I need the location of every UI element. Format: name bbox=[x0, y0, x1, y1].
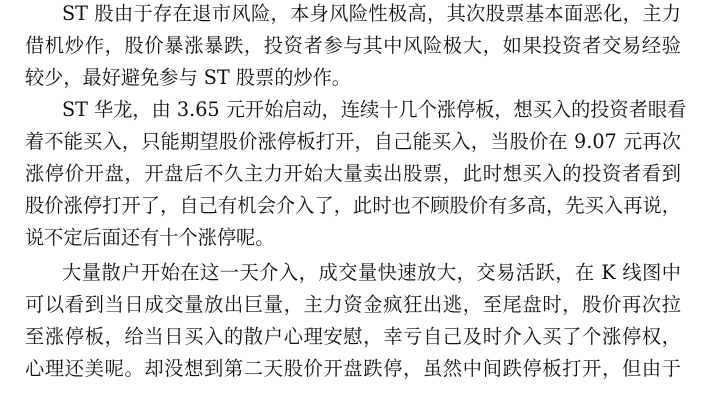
paragraph-st-stock-risk: ST 股由于存在退市风险，本身风险性极高，其次股票基本面恶化，主力 借机炒作，股… bbox=[25, 0, 681, 94]
text-line: 着不能买入，只能期望股价涨停板打开，自己能买入，当股价在 9.07 元再次 bbox=[25, 126, 681, 158]
text-line: 大量散户开始在这一天介入，成交量快速放大，交易活跃，在 K 线图中 bbox=[25, 257, 681, 289]
text-line: 股价涨停打开了，自己有机会介入了，此时也不顾股价有多高，先买入再说， bbox=[25, 190, 681, 222]
text-line: 心理还美呢。却没想到第二天股价开盘跌停，虽然中间跌停板打开，但由于 bbox=[25, 353, 681, 385]
paragraph-st-hualong-example: ST 华龙，由 3.65 元开始启动，连续十几个涨停板，想买入的投资者眼看 着不… bbox=[25, 94, 681, 254]
text-line: ST 华龙，由 3.65 元开始启动，连续十几个涨停板，想买入的投资者眼看 bbox=[25, 94, 681, 126]
text-line: ST 股由于存在退市风险，本身风险性极高，其次股票基本面恶化，主力 bbox=[25, 0, 681, 30]
paragraph-retail-investors: 大量散户开始在这一天介入，成交量快速放大，交易活跃，在 K 线图中 可以看到当日… bbox=[25, 257, 681, 385]
text-line: 涨停价开盘，开盘后不久主力开始大量卖出股票，此时想买入的投资者看到 bbox=[25, 158, 681, 190]
text-line: 至涨停板，给当日买入的散户心理安慰，幸亏自己及时介入买了个涨停权， bbox=[25, 321, 681, 353]
text-line: 较少，最好避免参与 ST 股票的炒作。 bbox=[25, 62, 681, 94]
document-page: ST 股由于存在退市风险，本身风险性极高，其次股票基本面恶化，主力 借机炒作，股… bbox=[25, 0, 681, 385]
text-line: 借机炒作，股价暴涨暴跌，投资者参与其中风险极大，如果投资者交易经验 bbox=[25, 30, 681, 62]
text-line: 可以看到当日成交量放出巨量，主力资金疯狂出逃，至尾盘时，股价再次拉 bbox=[25, 289, 681, 321]
text-line: 说不定后面还有十个涨停呢。 bbox=[25, 222, 681, 254]
